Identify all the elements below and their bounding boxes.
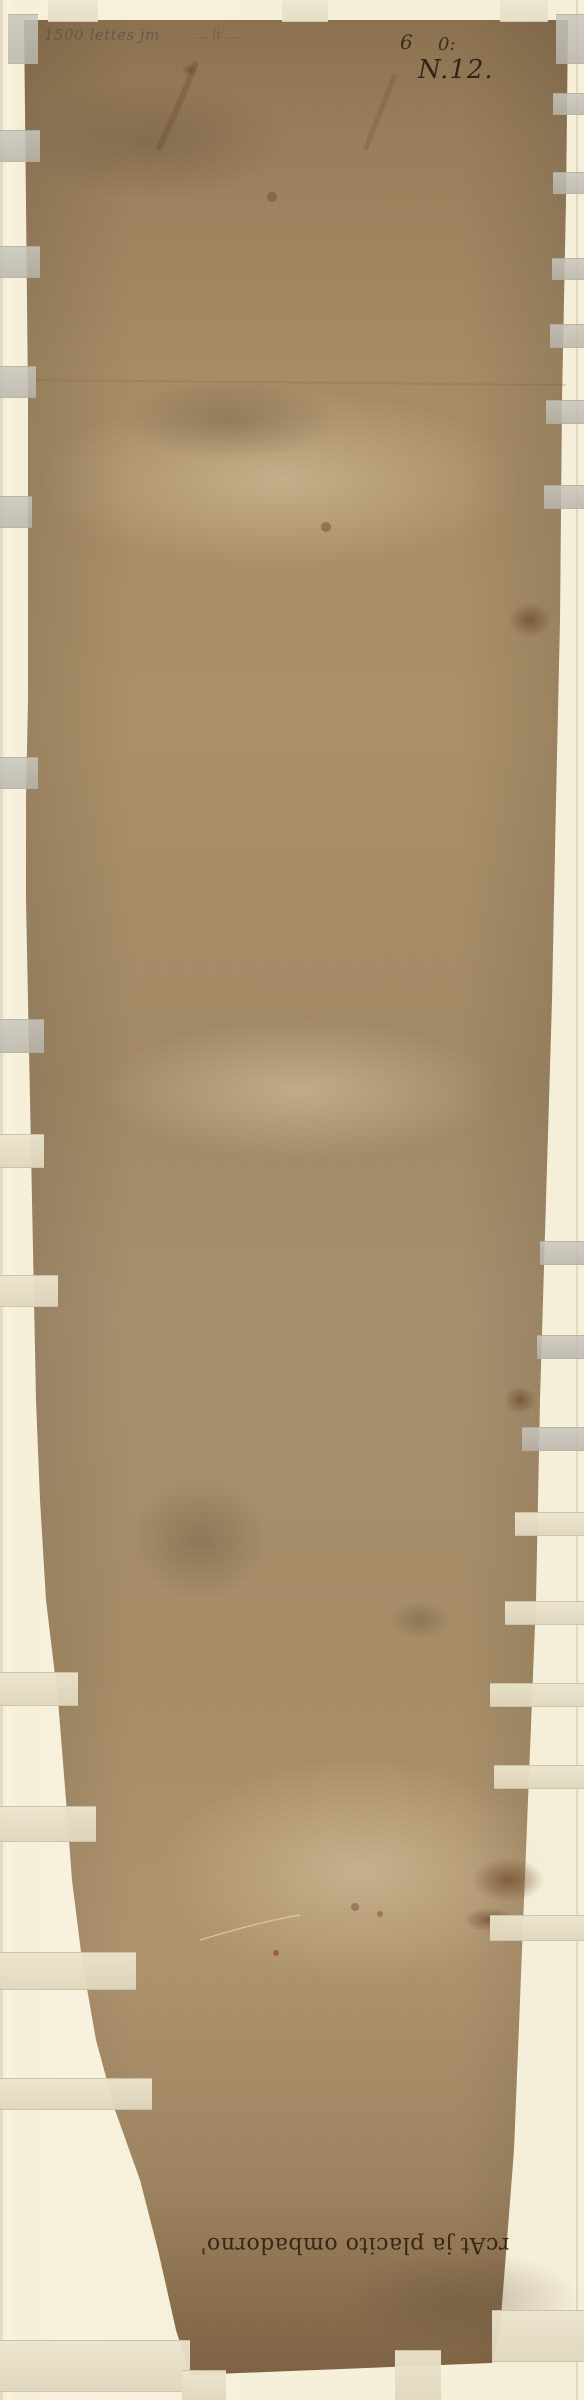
tape-strip-right-2 <box>553 93 584 115</box>
tape-strip-right-10 <box>522 1427 584 1451</box>
tape-strip-top-1 <box>48 0 98 22</box>
tape-strip-left-4 <box>0 366 36 398</box>
tape-strip-left-13 <box>0 2078 152 2110</box>
tape-strip-right-11 <box>515 1512 584 1536</box>
tape-strip-right-9 <box>537 1335 584 1359</box>
pencil-note-secondary: … lt … <box>195 28 239 43</box>
tape-strip-right-1 <box>556 14 584 64</box>
tape-strip-right-13 <box>490 1683 584 1707</box>
tape-strip-left-6 <box>0 757 38 789</box>
tape-strip-right-5 <box>550 324 584 348</box>
ink-number: 6 <box>400 30 413 54</box>
tape-strip-right-12 <box>505 1601 584 1625</box>
tape-strip-left-11 <box>0 1806 96 1842</box>
tape-strip-right-14 <box>490 1915 584 1941</box>
tape-strip-left-8 <box>0 1134 44 1168</box>
tape-strip-left-9 <box>0 1275 58 1307</box>
dorse-endorsement: rcAt ja placito ombadorno' <box>200 2232 509 2257</box>
tape-strip-top-2 <box>282 0 328 22</box>
tape-strip-left-5 <box>0 496 32 528</box>
tape-strip-left-2 <box>0 130 40 162</box>
tape-strip-left-1 <box>8 14 38 64</box>
tape-strip-left-14 <box>0 2340 190 2392</box>
tape-strip-right-15 <box>494 1765 584 1789</box>
tape-strip-bottom-2 <box>395 2350 441 2400</box>
shelfmark: N.12. <box>418 55 494 85</box>
tape-strip-right-6 <box>546 400 584 424</box>
ink-folio-mark: 0: <box>438 34 456 55</box>
parchment-membrane <box>0 0 584 2400</box>
tape-strip-right-16 <box>492 2310 584 2362</box>
tape-strip-bottom-1 <box>182 2370 226 2400</box>
tape-strip-left-7 <box>0 1019 44 1053</box>
tape-strip-left-10 <box>0 1672 78 1706</box>
tape-strip-left-12 <box>0 1952 136 1990</box>
tape-strip-right-7 <box>544 485 584 509</box>
tape-strip-right-4 <box>552 258 584 280</box>
tape-strip-right-3 <box>553 172 584 194</box>
tape-strip-left-3 <box>0 246 40 278</box>
pencil-note: 1500 lettes jm <box>44 26 160 44</box>
tape-strip-right-8 <box>540 1241 584 1265</box>
tape-strip-top-3 <box>500 0 548 22</box>
